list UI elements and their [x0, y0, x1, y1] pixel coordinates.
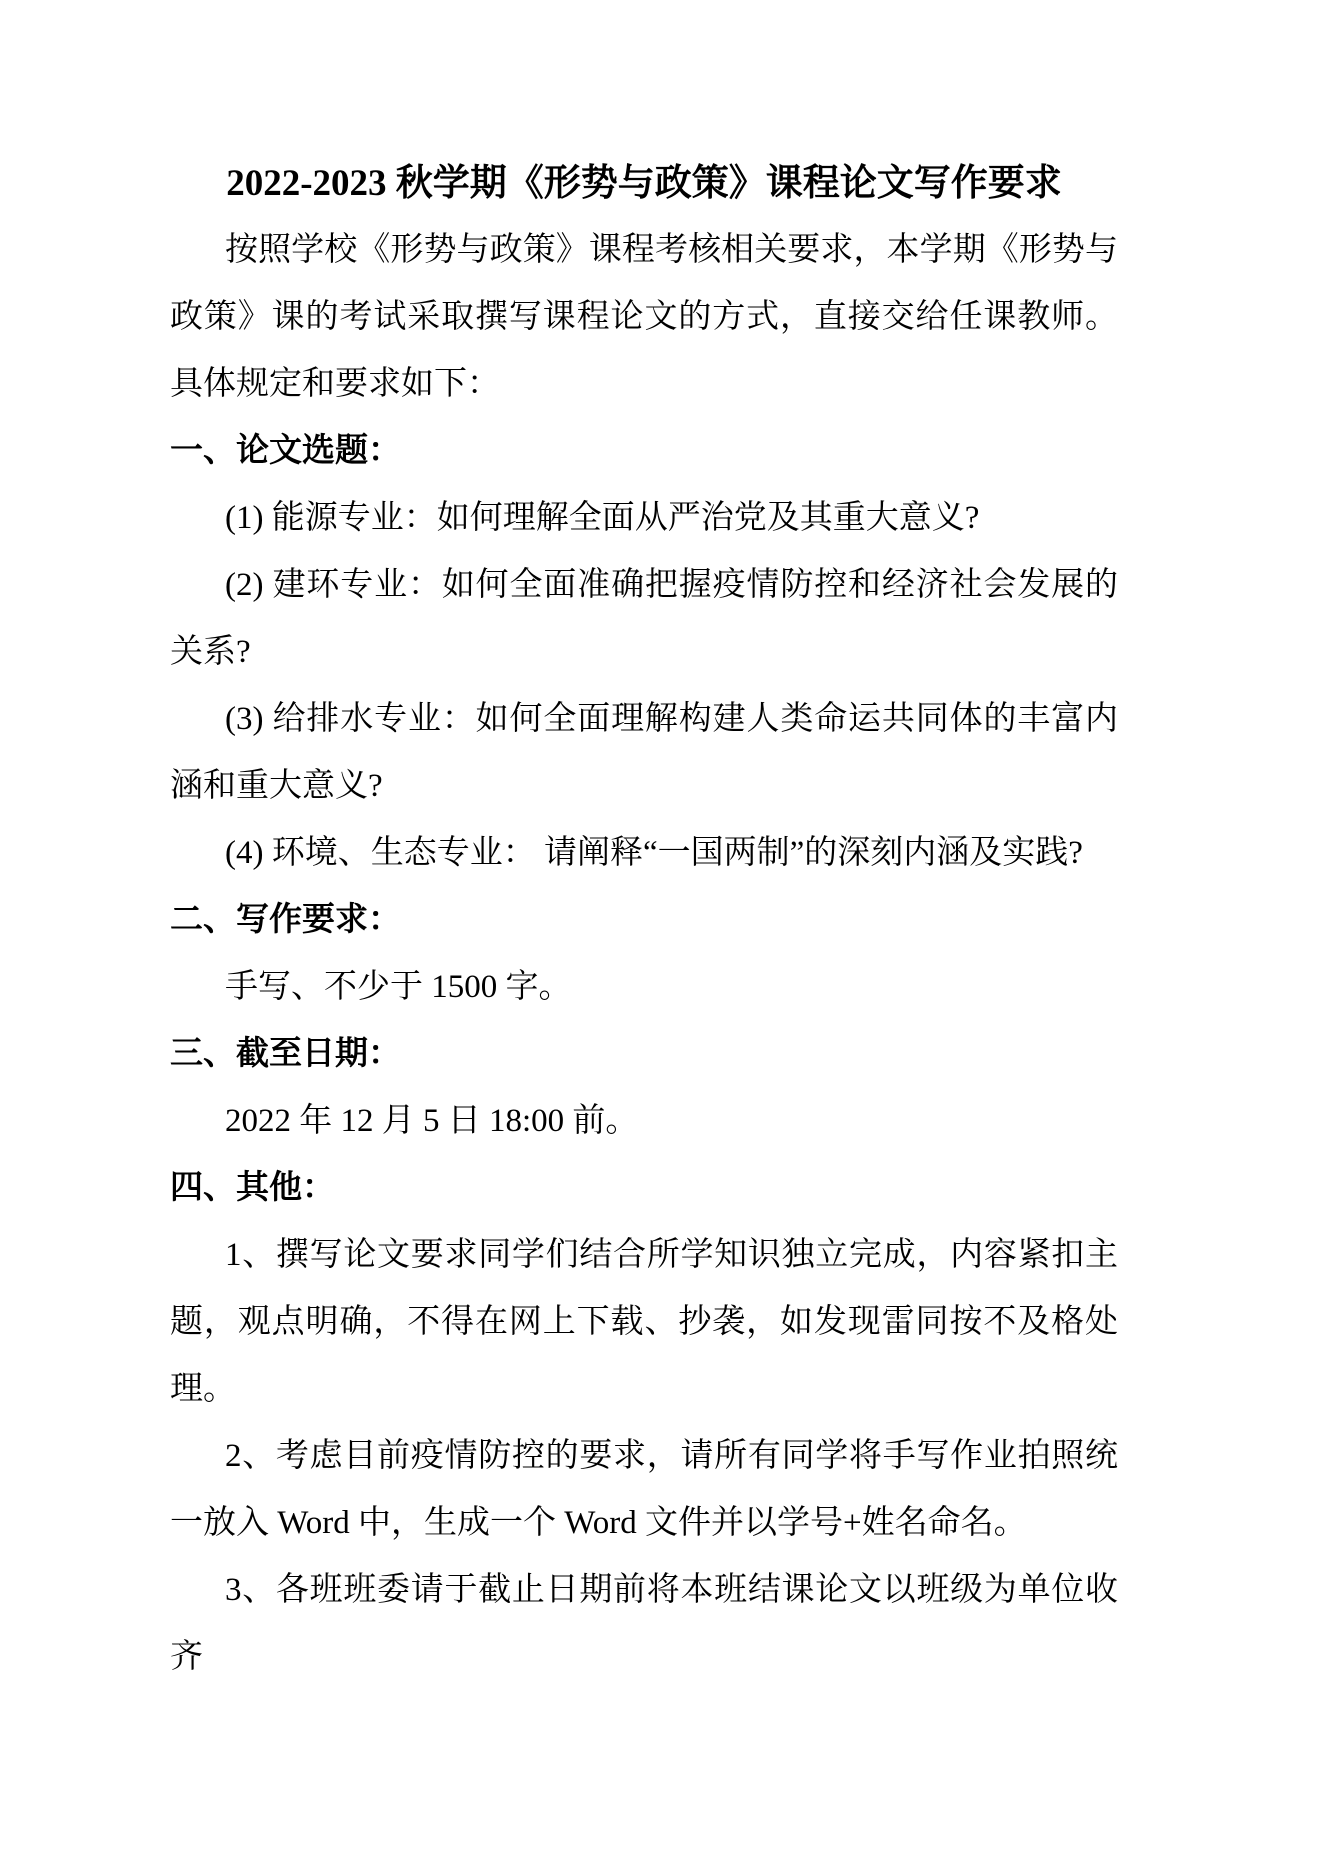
other-item-2: 2、考虑目前疫情防控的要求，请所有同学将手写作业拍照统一放入 Word 中，生成…	[170, 1423, 1118, 1557]
section-1-heading: 一、论文选题：	[170, 418, 1118, 485]
topic-item-1: (1) 能源专业：如何理解全面从严治党及其重大意义?	[170, 485, 1118, 552]
document-body: 2022-2023 秋学期《形势与政策》课程论文写作要求 按照学校《形势与政策》…	[170, 150, 1118, 1691]
document-title: 2022-2023 秋学期《形势与政策》课程论文写作要求	[170, 150, 1118, 217]
topic-item-4: (4) 环境、生态专业： 请阐释“一国两制”的深刻内涵及实践?	[170, 820, 1118, 887]
writing-requirement-text: 手写、不少于 1500 字。	[170, 954, 1118, 1021]
document-page: 2022-2023 秋学期《形势与政策》课程论文写作要求 按照学校《形势与政策》…	[0, 0, 1323, 1871]
deadline-text: 2022 年 12 月 5 日 18:00 前。	[170, 1088, 1118, 1155]
other-item-1: 1、撰写论文要求同学们结合所学知识独立完成，内容紧扣主题，观点明确，不得在网上下…	[170, 1222, 1118, 1423]
topic-item-2: (2) 建环专业：如何全面准确把握疫情防控和经济社会发展的关系?	[170, 552, 1118, 686]
section-2-heading: 二、写作要求：	[170, 887, 1118, 954]
intro-paragraph: 按照学校《形势与政策》课程考核相关要求，本学期《形势与政策》课的考试采取撰写课程…	[170, 217, 1118, 418]
section-4-heading: 四、其他：	[170, 1155, 1118, 1222]
topic-item-3: (3) 给排水专业：如何全面理解构建人类命运共同体的丰富内涵和重大意义?	[170, 686, 1118, 820]
other-item-3: 3、各班班委请于截止日期前将本班结课论文以班级为单位收齐	[170, 1557, 1118, 1691]
section-3-heading: 三、截至日期：	[170, 1021, 1118, 1088]
